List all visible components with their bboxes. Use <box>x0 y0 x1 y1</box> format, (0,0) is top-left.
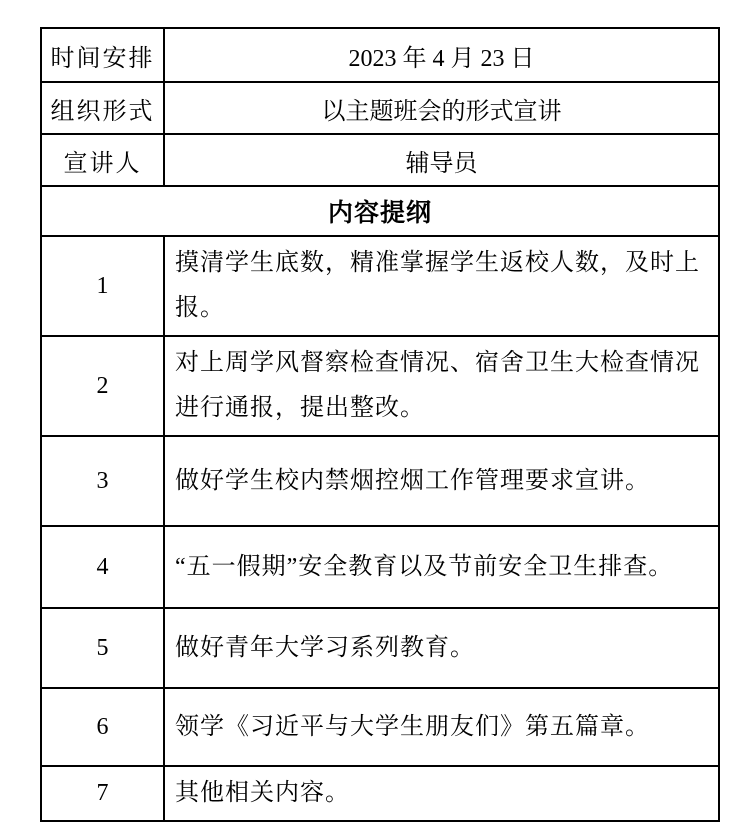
item-text: 其他相关内容。 <box>164 766 719 821</box>
section-header: 内容提纲 <box>41 186 719 236</box>
item-number: 2 <box>41 336 164 436</box>
table-row-section-header: 内容提纲 <box>41 186 719 236</box>
item-number: 4 <box>41 526 164 608</box>
table-row-item-4: 4 “五一假期”安全教育以及节前安全卫生排查。 <box>41 526 719 608</box>
table-row-item-6: 6 领学《习近平与大学生朋友们》第五篇章。 <box>41 688 719 766</box>
table-row-item-7: 7 其他相关内容。 <box>41 766 719 821</box>
speaker-value: 辅导员 <box>164 134 719 186</box>
item-number: 5 <box>41 608 164 688</box>
item-number: 6 <box>41 688 164 766</box>
table-row-item-5: 5 做好青年大学习系列教育。 <box>41 608 719 688</box>
item-number: 1 <box>41 236 164 336</box>
class-meeting-plan-table: 时间安排 2023 年 4 月 23 日 组织形式 以主题班会的形式宣讲 宣讲人… <box>40 27 720 822</box>
table-row-speaker: 宣讲人 辅导员 <box>41 134 719 186</box>
document-page: 时间安排 2023 年 4 月 23 日 组织形式 以主题班会的形式宣讲 宣讲人… <box>0 0 756 835</box>
item-text: “五一假期”安全教育以及节前安全卫生排查。 <box>164 526 719 608</box>
item-text: 摸清学生底数，精准掌握学生返校人数，及时上报。 <box>164 236 719 336</box>
table-row-item-3: 3 做好学生校内禁烟控烟工作管理要求宣讲。 <box>41 436 719 526</box>
table-row-time: 时间安排 2023 年 4 月 23 日 <box>41 28 719 82</box>
time-label: 时间安排 <box>41 28 164 82</box>
item-text: 领学《习近平与大学生朋友们》第五篇章。 <box>164 688 719 766</box>
table-row-item-1: 1 摸清学生底数，精准掌握学生返校人数，及时上报。 <box>41 236 719 336</box>
table-row-item-2: 2 对上周学风督察检查情况、宿舍卫生大检查情况进行通报，提出整改。 <box>41 336 719 436</box>
item-number: 7 <box>41 766 164 821</box>
format-value: 以主题班会的形式宣讲 <box>164 82 719 134</box>
item-text: 对上周学风督察检查情况、宿舍卫生大检查情况进行通报，提出整改。 <box>164 336 719 436</box>
time-value: 2023 年 4 月 23 日 <box>164 28 719 82</box>
item-number: 3 <box>41 436 164 526</box>
item-text: 做好学生校内禁烟控烟工作管理要求宣讲。 <box>164 436 719 526</box>
format-label: 组织形式 <box>41 82 164 134</box>
item-text: 做好青年大学习系列教育。 <box>164 608 719 688</box>
speaker-label: 宣讲人 <box>41 134 164 186</box>
table-row-format: 组织形式 以主题班会的形式宣讲 <box>41 82 719 134</box>
